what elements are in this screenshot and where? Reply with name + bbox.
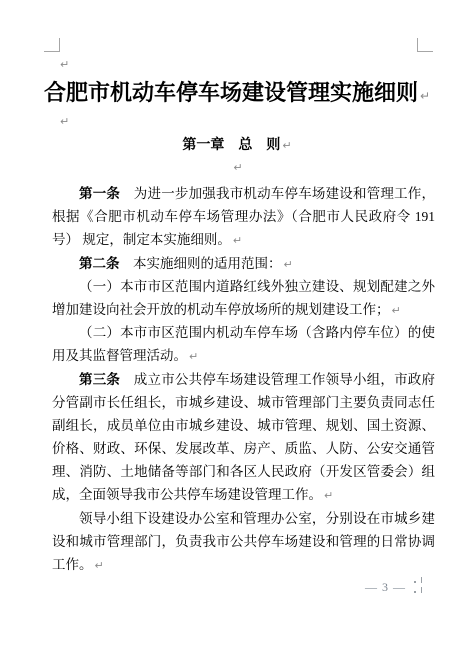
body-text-line: 根据《合肥市机动车停车场管理办法》（合肥市人民政府令 191 <box>52 205 435 228</box>
body-text: 号） 规定，制定本实施细则。 <box>52 232 231 247</box>
chapter-heading-text: 第一章 总 则 <box>182 136 280 152</box>
empty-paragraph-line: ↵ <box>0 54 474 74</box>
body-text-line: 分管副市长任组长，市城乡建设、城市管理部门主要负责同志任 <box>52 391 435 414</box>
empty-paragraph-line: ↵ <box>0 157 474 177</box>
paragraph-mark-icon: ↵ <box>392 304 401 317</box>
body-text-line: 第一条 为进一步加强我市机动车停车场建设和管理工作， <box>52 182 435 205</box>
paragraph-mark-icon: ↵ <box>233 234 242 247</box>
body-text: 本实施细则的适用范围： <box>120 256 282 271</box>
body-text: 领导小组下设建设办公室和管理办公室，分别设在市城乡建 <box>79 511 435 526</box>
body-text-line: 领导小组下设建设办公室和管理办公室，分别设在市城乡建 <box>52 507 435 530</box>
body-text: （二）本市市区范围内机动车停车场（含路内停车位）的使 <box>79 325 435 340</box>
paragraph-mark-icon: ↵ <box>60 115 69 128</box>
body-text-line: 设和城市管理部门，负责我市公共停车场建设和管理的日常协调 <box>52 530 435 553</box>
empty-paragraph-line: ↵ <box>0 111 474 131</box>
body-text-line: 第二条 本实施细则的适用范围：↵ <box>52 252 435 275</box>
page-number: — 3 — <box>365 580 406 595</box>
body-text-line: 价格、财政、环保、发展改革、房产、质监、人防、公安交通管 <box>52 437 435 460</box>
body-text: 分管副市长任组长，市城乡建设、城市管理部门主要负责同志任 <box>52 395 435 410</box>
body-text: 根据《合肥市机动车停车场管理办法》（合肥市人民政府令 191 <box>52 209 435 224</box>
article-number: 第二条 <box>79 256 120 271</box>
body-text-line: 工作。↵ <box>52 553 435 576</box>
document-title: 合肥市机动车停车场建设管理实施细则↵ <box>0 78 474 111</box>
margin-crop-mark-top-right-icon <box>417 38 433 52</box>
paragraph-mark-icon: ↵ <box>420 89 430 103</box>
body-text-line: （二）本市市区范围内机动车停车场（含路内停车位）的使 <box>52 321 435 344</box>
body-text: 设和城市管理部门，负责我市公共停车场建设和管理的日常协调 <box>52 534 435 549</box>
document-title-text: 合肥市机动车停车场建设管理实施细则 <box>44 80 418 105</box>
document-body: 第一条 为进一步加强我市机动车停车场建设和管理工作，根据《合肥市机动车停车场管理… <box>52 182 435 576</box>
body-text: （一）本市市区范围内道路红线外独立建设、规划配建之外 <box>79 279 435 294</box>
body-text: 价格、财政、环保、发展改革、房产、质监、人防、公安交通管 <box>52 441 435 456</box>
document-page: ↵ 合肥市机动车停车场建设管理实施细则↵ ↵ 第一章 总 则↵ ↵ 第一条 为进… <box>0 0 474 649</box>
article-number: 第三条 <box>79 372 120 387</box>
body-text: 用及其监督管理活动。 <box>52 348 187 363</box>
body-text-line: 用及其监督管理活动。↵ <box>52 344 435 367</box>
chapter-heading: 第一章 总 则↵ <box>0 133 474 157</box>
body-text: 工作。 <box>52 557 93 572</box>
body-text: 成，全面领导我市公共停车场建设管理工作。 <box>52 487 322 502</box>
body-text-line: 第三条 成立市公共停车场建设管理工作领导小组，市政府 <box>52 368 435 391</box>
paragraph-mark-icon: ↵ <box>60 58 69 71</box>
body-text-line: 副组长，成员单位由市城乡建设、城市管理、规划、国土资源、 <box>52 414 435 437</box>
paragraph-mark-icon: ↵ <box>282 139 291 152</box>
body-text: 成立市公共停车场建设管理工作领导小组，市政府 <box>120 372 435 387</box>
paragraph-mark-icon: ↵ <box>233 161 242 174</box>
body-text: 增加建设向社会开放的机动车停放场所的规划建设工作； <box>52 302 390 317</box>
body-text-line: 号） 规定，制定本实施细则。↵ <box>52 228 435 251</box>
body-text-line: 成，全面领导我市公共停车场建设管理工作。↵ <box>52 483 435 506</box>
margin-crop-mark-bottom-right-icon <box>414 587 422 593</box>
body-text-line: 增加建设向社会开放的机动车停放场所的规划建设工作；↵ <box>52 298 435 321</box>
paragraph-mark-icon: ↵ <box>284 258 293 271</box>
paragraph-mark-icon: ↵ <box>189 350 198 363</box>
body-text: 副组长，成员单位由市城乡建设、城市管理、规划、国土资源、 <box>52 418 435 433</box>
paragraph-mark-icon: ↵ <box>324 489 333 502</box>
body-text: 为进一步加强我市机动车停车场建设和管理工作， <box>120 186 435 201</box>
article-number: 第一条 <box>79 186 120 201</box>
body-text-line: （一）本市市区范围内道路红线外独立建设、规划配建之外 <box>52 275 435 298</box>
margin-crop-mark-top-left-icon <box>44 38 60 52</box>
body-text: 理、消防、土地储备等部门和各区人民政府（开发区管委会）组 <box>52 464 435 479</box>
body-text-line: 理、消防、土地储备等部门和各区人民政府（开发区管委会）组 <box>52 460 435 483</box>
top-margin-spacer <box>0 0 474 54</box>
paragraph-mark-icon: ↵ <box>95 559 104 572</box>
margin-crop-mark-bottom-right-icon <box>414 577 422 583</box>
